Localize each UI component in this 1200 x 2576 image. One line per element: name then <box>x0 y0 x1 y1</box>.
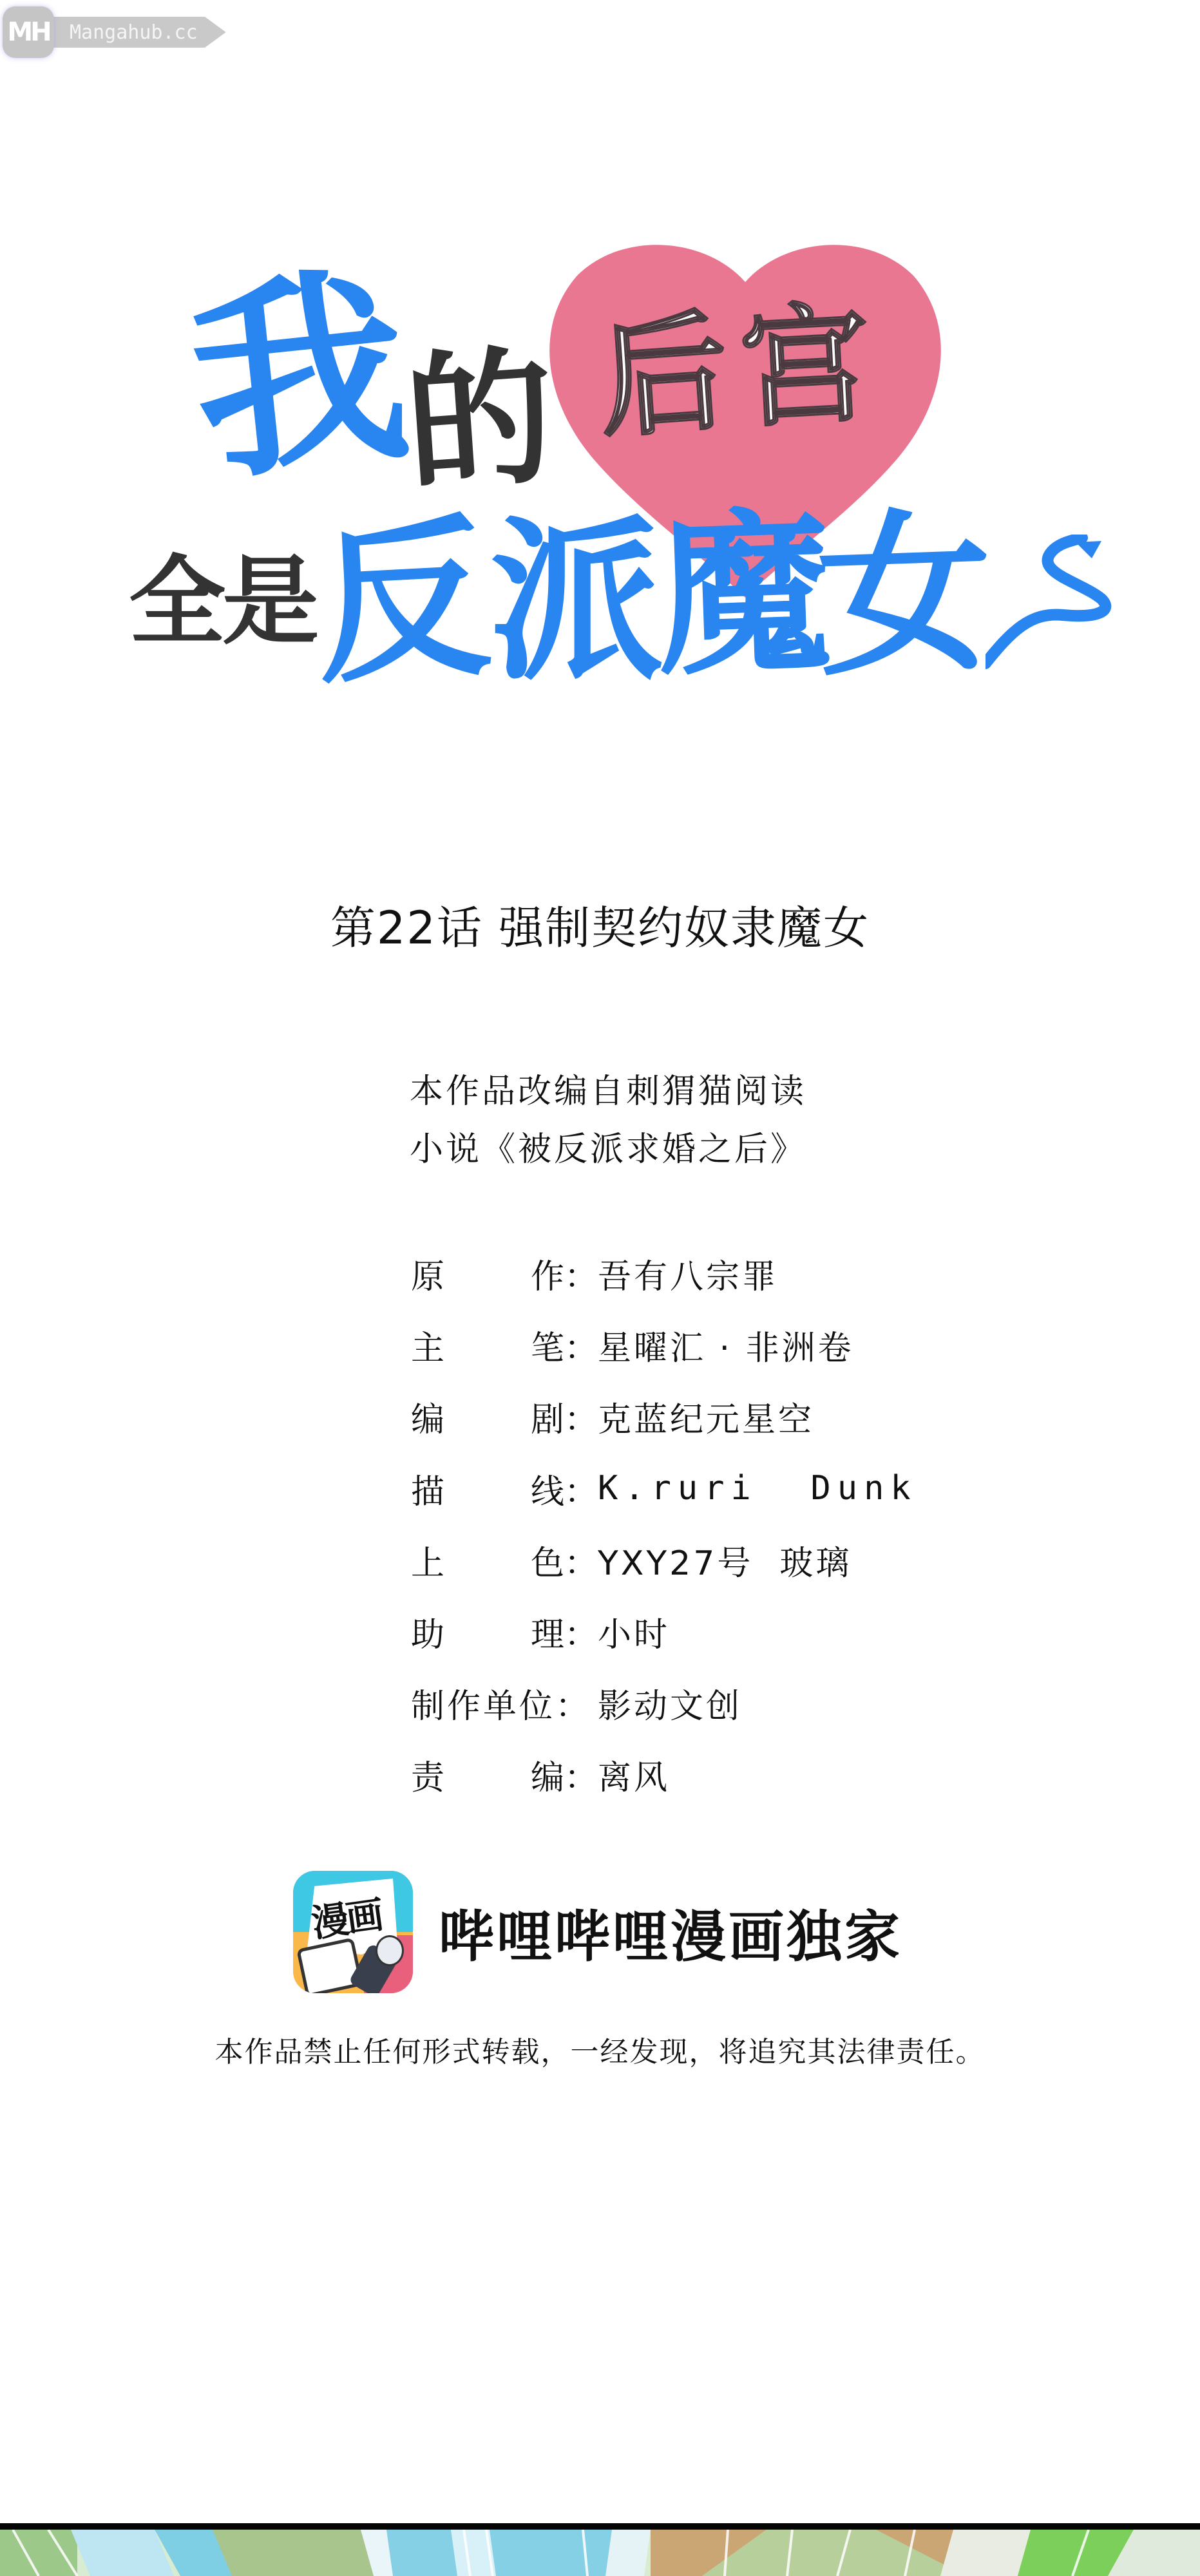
credit-value: K.ruri Dunk <box>598 1469 917 1508</box>
credit-row-assistant: 助理： 小时 <box>411 1612 670 1651</box>
logo-char-wo: 我 <box>183 260 417 494</box>
bilibili-icon-text: 漫画 <box>308 1884 385 1947</box>
credit-value: 克蓝纪元星空 <box>598 1392 814 1441</box>
credit-row-original-author: 原作： 吾有八宗罪 <box>411 1254 778 1293</box>
chapter-title: 第22话 强制契约奴隶魔女 <box>0 892 1200 957</box>
copyright-notice: 本作品禁止任何形式转载，一经发现，将追究其法律责任。 <box>0 2029 1200 2070</box>
credit-label: 助理： <box>411 1607 598 1656</box>
credit-value: YXY27号 玻璃 <box>598 1536 852 1584</box>
credit-value: 星曜汇 · 非洲卷 <box>598 1321 854 1369</box>
bilibili-exclusive-label: 哔哩哔哩漫画独家 <box>439 1892 902 1972</box>
logo-char-hou: 后 <box>595 308 732 445</box>
credit-label: 编剧： <box>411 1392 598 1441</box>
devil-tail-icon <box>986 535 1127 683</box>
credit-row-script: 编剧： 克蓝纪元星空 <box>411 1397 814 1435</box>
credit-row-coloring: 上色： YXY27号 玻璃 <box>411 1540 852 1579</box>
credit-value: 影动文创 <box>598 1679 742 1727</box>
logo-char-gong: 宫 <box>738 299 873 435</box>
bilibili-exclusive-banner: 漫画 哔哩哔哩漫画独家 <box>293 1871 902 1993</box>
logo-char-fan: 反 <box>311 511 494 694</box>
credit-value: 离风 <box>598 1750 670 1799</box>
credit-value: 小时 <box>598 1607 670 1656</box>
logo-char-quan: 全 <box>129 554 225 650</box>
credit-row-lineart: 描线： K.ruri Dunk <box>411 1469 917 1508</box>
logo-char-de: 的 <box>401 343 558 500</box>
logo-char-nv: 女 <box>815 506 995 685</box>
logo-char-pai: 派 <box>490 515 663 689</box>
credit-row-editor: 责编： 离风 <box>411 1755 670 1794</box>
bilibili-comics-app-icon: 漫画 <box>293 1871 413 1993</box>
next-panel-artwork-preview <box>0 2523 1200 2576</box>
credit-row-production: 制作单位： 影动文创 <box>411 1683 742 1722</box>
logo-char-mo: 魔 <box>654 506 833 685</box>
credit-label: 上色： <box>411 1536 598 1584</box>
source-line-2: 小说《被反派求婚之后》 <box>410 1122 806 1170</box>
credit-row-lead-artist: 主笔： 星曜汇 · 非洲卷 <box>411 1325 854 1364</box>
artwork-background <box>0 2530 1200 2576</box>
credit-value: 吾有八宗罪 <box>598 1249 778 1298</box>
logo-char-shi: 是 <box>222 554 319 650</box>
credit-label: 制作单位： <box>411 1679 598 1727</box>
credit-label: 责编： <box>411 1750 598 1799</box>
series-title-logo: 我 的 后 宫 全 是 反 派 魔 女 <box>0 0 1200 741</box>
credit-label: 主笔： <box>411 1321 598 1369</box>
credit-label: 描线： <box>411 1464 598 1513</box>
source-line-1: 本作品改编自刺猬猫阅读 <box>410 1064 806 1112</box>
credit-label: 原作： <box>411 1249 598 1298</box>
